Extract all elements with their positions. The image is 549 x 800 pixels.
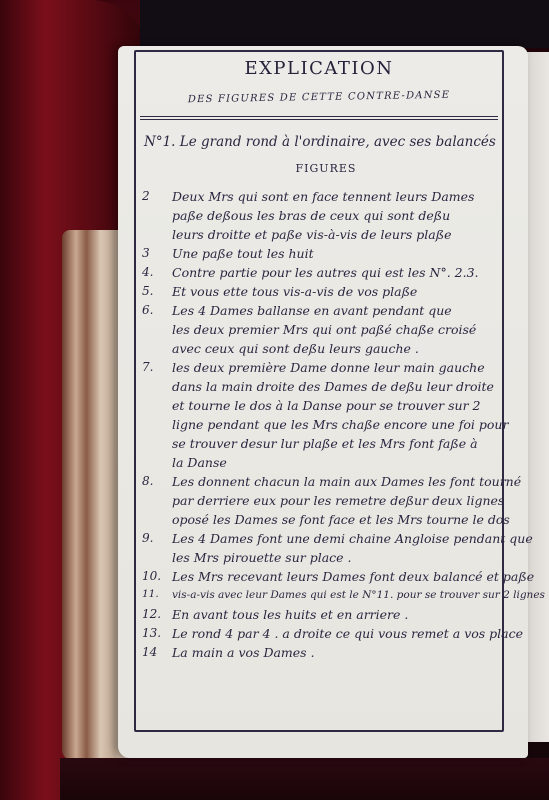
figure-line: ligne pendant que les Mrs chaße encore u…	[172, 415, 512, 434]
figure-number: 6.	[140, 301, 172, 358]
figure-line: paße deßous les bras de ceux qui sont de…	[172, 206, 512, 225]
intro-text: Le grand rond à l'ordinaire, avec ses ba…	[180, 134, 496, 150]
figure-number: 10.	[140, 567, 172, 586]
figure-line: Contre partie pour les autres qui est le…	[172, 263, 512, 282]
figure-line: oposé les Dames se font face et les Mrs …	[172, 510, 521, 529]
figure-line: et tourne le dos à la Danse pour se trou…	[172, 396, 512, 415]
figure-line: Les 4 Dames font une demi chaine Anglois…	[172, 529, 533, 548]
figure-item: 7. les deux première Dame donne leur mai…	[140, 358, 512, 472]
figure-line: leurs droitte et paße vis-à-vis de leurs…	[172, 225, 512, 244]
figure-line: les deux premier Mrs qui ont paßé chaße …	[172, 320, 512, 339]
figure-number: 3	[140, 244, 172, 263]
figure-line: La main a vos Dames .	[172, 643, 512, 662]
figure-line: Les 4 Dames ballanse en avant pendant qu…	[172, 301, 512, 320]
header-cartouche: EXPLICATION DES FIGURES DE CETTE CONTRE-…	[140, 54, 498, 120]
dark-background-bottom	[60, 758, 549, 800]
page-title: EXPLICATION	[140, 58, 498, 79]
figure-line: Deux Mrs qui sont en face tennent leurs …	[172, 187, 512, 206]
figure-item: 10. Les Mrs recevant leurs Dames font de…	[140, 567, 512, 586]
figure-line: avec ceux qui sont deßu leurs gauche .	[172, 339, 512, 358]
figure-line: Une paße tout les huit	[172, 244, 512, 263]
figure-number: 12.	[140, 605, 172, 624]
figure-number: 9.	[140, 529, 172, 567]
figure-item: 6. Les 4 Dames ballanse en avant pendant…	[140, 301, 512, 358]
figure-line: la Danse	[172, 453, 512, 472]
figure-item: 12. En avant tous les huits et en arrier…	[140, 605, 512, 624]
figure-line: les deux première Dame donne leur main g…	[172, 358, 512, 377]
figure-line: se trouver desur lur plaße et les Mrs fo…	[172, 434, 512, 453]
figure-number: 8.	[140, 472, 172, 529]
figure-number: 4.	[140, 263, 172, 282]
figure-item: 14 La main a vos Dames .	[140, 643, 512, 662]
figure-item: 9. Les 4 Dames font une demi chaine Angl…	[140, 529, 512, 567]
figure-line: dans la main droite des Dames de deßu le…	[172, 377, 512, 396]
figure-item: 2 Deux Mrs qui sont en face tennent leur…	[140, 187, 512, 244]
figure-line: En avant tous les huits et en arriere .	[172, 605, 512, 624]
dark-background-top	[140, 0, 549, 48]
intro-line: N°1. Le grand rond à l'ordinaire, avec s…	[144, 134, 512, 150]
figure-item: 4. Contre partie pour les autres qui est…	[140, 263, 512, 282]
figure-line: vis-a-vis avec leur Dames qui est le N°1…	[172, 586, 545, 605]
figure-number: 7.	[140, 358, 172, 472]
figure-number: 2	[140, 187, 172, 244]
figure-line: Le rond 4 par 4 . a droite ce qui vous r…	[172, 624, 523, 643]
dance-instructions: N°1. Le grand rond à l'ordinaire, avec s…	[140, 126, 512, 662]
figure-line: les Mrs pirouette sur place .	[172, 548, 533, 567]
page-subtitle: DES FIGURES DE CETTE CONTRE-DANSE	[140, 89, 498, 106]
figures-heading: FIGURES	[140, 162, 512, 175]
figure-item: 5. Et vous ette tous vis-a-vis de vos pl…	[140, 282, 512, 301]
figure-item: 13. Le rond 4 par 4 . a droite ce qui vo…	[140, 624, 512, 643]
figure-number: 14	[140, 643, 172, 662]
figure-item: 11. vis-a-vis avec leur Dames qui est le…	[140, 586, 512, 605]
figure-number: 5.	[140, 282, 172, 301]
figure-item: 8. Les donnent chacun la main aux Dames …	[140, 472, 512, 529]
intro-number: N°1.	[144, 134, 175, 150]
figure-line: par derriere eux pour les remetre deßur …	[172, 491, 521, 510]
figure-item: 3 Une paße tout les huit	[140, 244, 512, 263]
figure-line: Les donnent chacun la main aux Dames les…	[172, 472, 521, 491]
figure-line: Les Mrs recevant leurs Dames font deux b…	[172, 567, 534, 586]
figure-number: 11.	[140, 586, 172, 605]
figure-line: Et vous ette tous vis-a-vis de vos plaße	[172, 282, 512, 301]
figure-number: 13.	[140, 624, 172, 643]
